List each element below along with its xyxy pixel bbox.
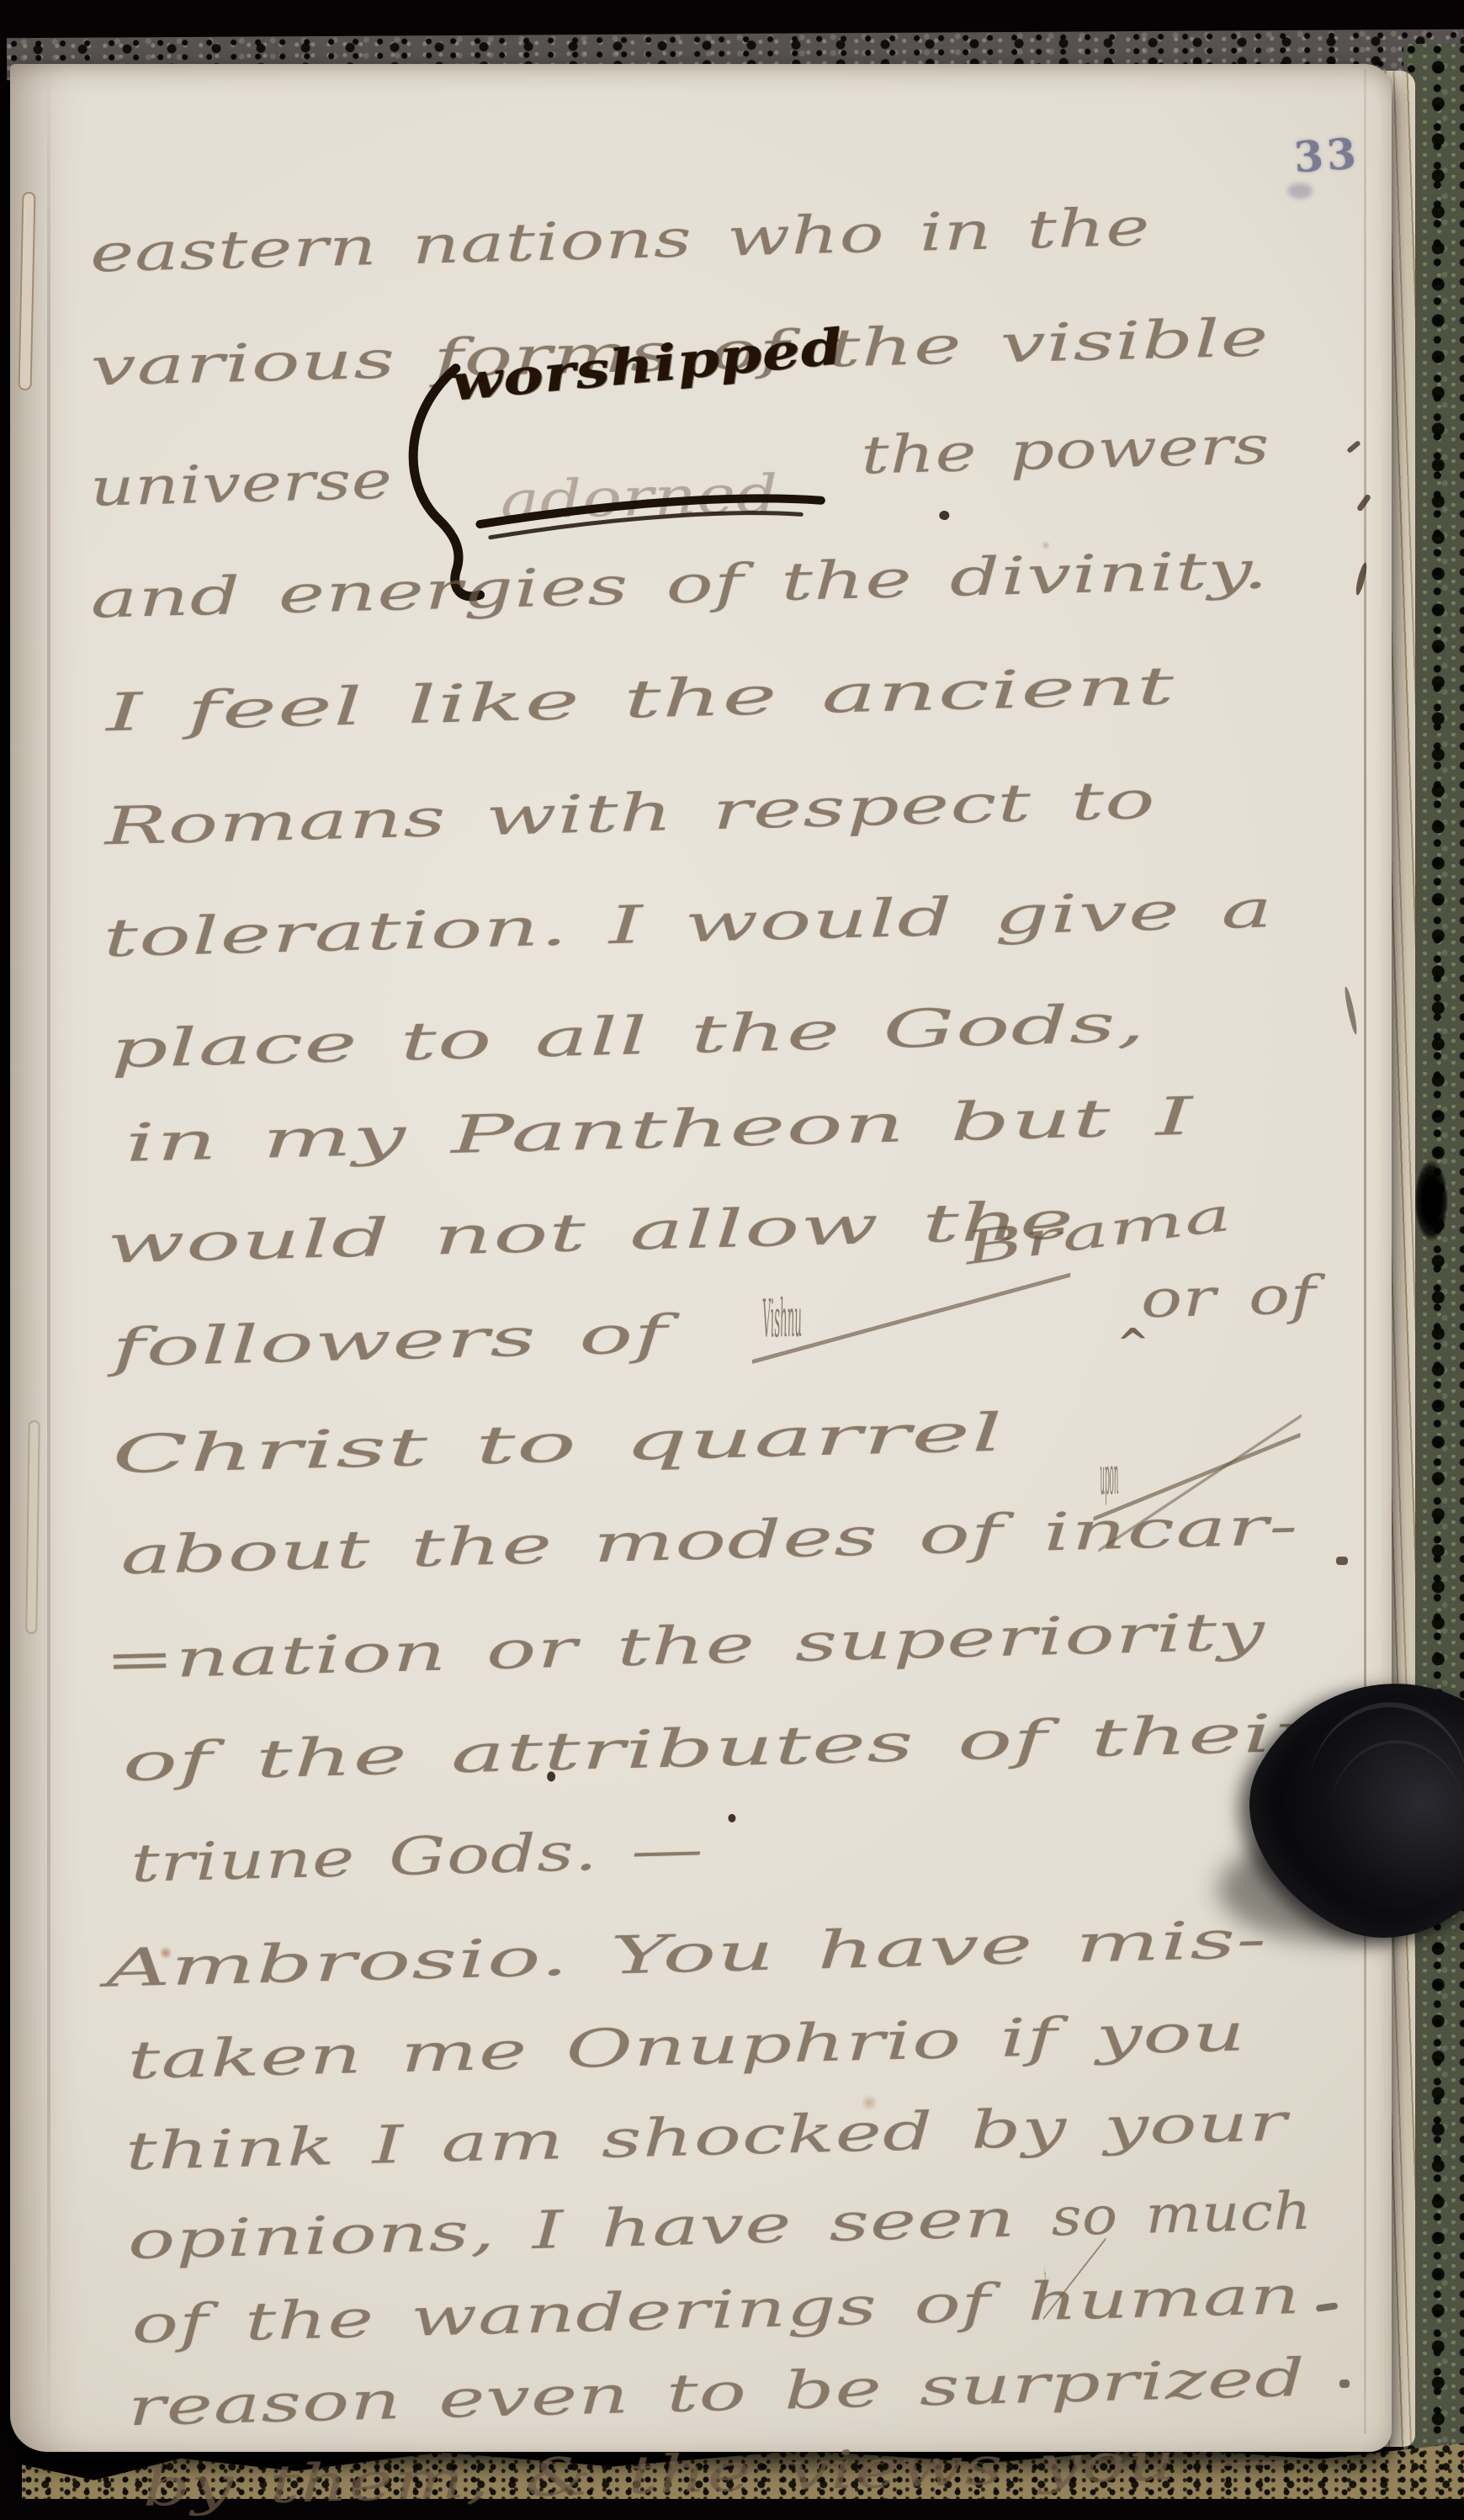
manuscript-line: reason even to be surprized xyxy=(127,2350,1306,2435)
manuscript-line-segment: the powers xyxy=(861,417,1270,482)
manuscript-line: of the attributes of their xyxy=(122,1705,1318,1790)
manuscript-line: eastern nations who in the xyxy=(89,199,1150,281)
struck-word-upon: upon xyxy=(1099,1444,1292,1504)
manuscript-line: triune Gods. — xyxy=(130,1822,704,1891)
handwritten-text-block: eastern nations who in the various forms… xyxy=(5,32,1446,2454)
manuscript-line: =nation or the superiority xyxy=(104,1604,1266,1688)
manuscript-line-segment: followers of xyxy=(111,1307,668,1376)
manuscript-line: Ambrosio. You have mis- xyxy=(105,1912,1268,1996)
manuscript-line: I feel like the ancient xyxy=(105,658,1175,740)
manuscript-line: in my Pantheon but I xyxy=(125,1089,1194,1170)
struck-word-vishnu: Vishnu xyxy=(762,1284,1058,1346)
manuscript-line: by them, & the views you — xyxy=(142,2431,1288,2515)
manuscript-line-segment: or of xyxy=(1140,1267,1317,1326)
binding-stitch xyxy=(25,1420,40,1634)
ink-blot xyxy=(939,511,949,520)
manuscript-line-segment: universe xyxy=(89,453,393,515)
manuscript-line: Romans with respect to xyxy=(104,772,1157,854)
manuscript-line-segment: opinions, I have seen xyxy=(127,2191,1016,2268)
manuscript-line: think I am shocked by your xyxy=(125,2094,1287,2178)
notebook-photo: 33 eastern nations who in the various fo… xyxy=(0,0,1464,2520)
manuscript-page: 33 eastern nations who in the various fo… xyxy=(10,64,1392,2452)
ink-blot xyxy=(728,1814,735,1822)
insertion-caret: ^ xyxy=(1117,1322,1150,1363)
manuscript-line: place to all the Gods, xyxy=(109,995,1146,1076)
manuscript-line: toleration. I would give a xyxy=(103,881,1274,965)
manuscript-line: would not allow the xyxy=(106,1192,1075,1271)
manuscript-line: about the modes of incar- xyxy=(119,1499,1298,1584)
manuscript-line-segment: so much xyxy=(1051,2183,1313,2245)
manuscript-line-segment: Christ to quarrel xyxy=(111,1405,1004,1483)
manuscript-line: and energies of the divinity. xyxy=(90,542,1269,627)
manuscript-line: taken me Onuphrio if you xyxy=(127,2005,1247,2088)
manuscript-line: of the wanderings of human xyxy=(131,2268,1302,2352)
